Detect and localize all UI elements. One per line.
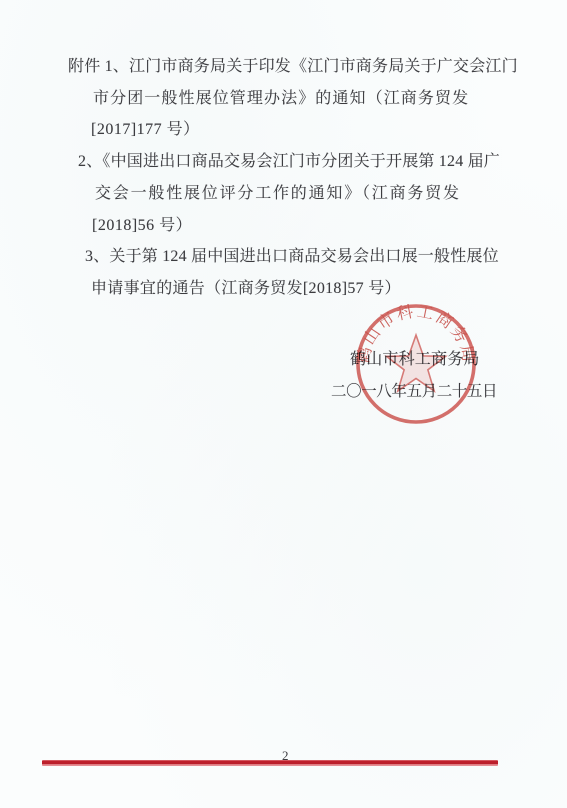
attachment-line: [2018]56 号） [92, 210, 567, 242]
footer-rule [42, 760, 498, 766]
attachment-list: 附件 1、江门市商务局关于印发《江门市商务局关于广交会江门 市分团一般性展位管理… [0, 51, 567, 305]
attachment-line: 市分团一般性展位管理办法》的通知（江商务贸发 [93, 83, 567, 115]
attachment-line: [2017]177 号） [91, 114, 567, 146]
seal-star-icon [387, 335, 446, 391]
attachment-line: 交会一般性展位评分工作的通知》（江商务贸发 [95, 178, 567, 210]
official-seal: 鹤山市科工商务局 [336, 284, 496, 444]
scanned-document-page: 附件 1、江门市商务局关于印发《江门市商务局关于广交会江门 市分团一般性展位管理… [0, 0, 567, 808]
attachment-line: 2、《中国进出口商品交易会江门市分团关于开展第 124 届广 [78, 146, 567, 178]
attachment-line: 附件 1、江门市商务局关于印发《江门市商务局关于广交会江门 [68, 51, 567, 83]
attachment-line: 3、关于第 124 届中国进出口商品交易会出口展一般性展位 [85, 241, 567, 273]
